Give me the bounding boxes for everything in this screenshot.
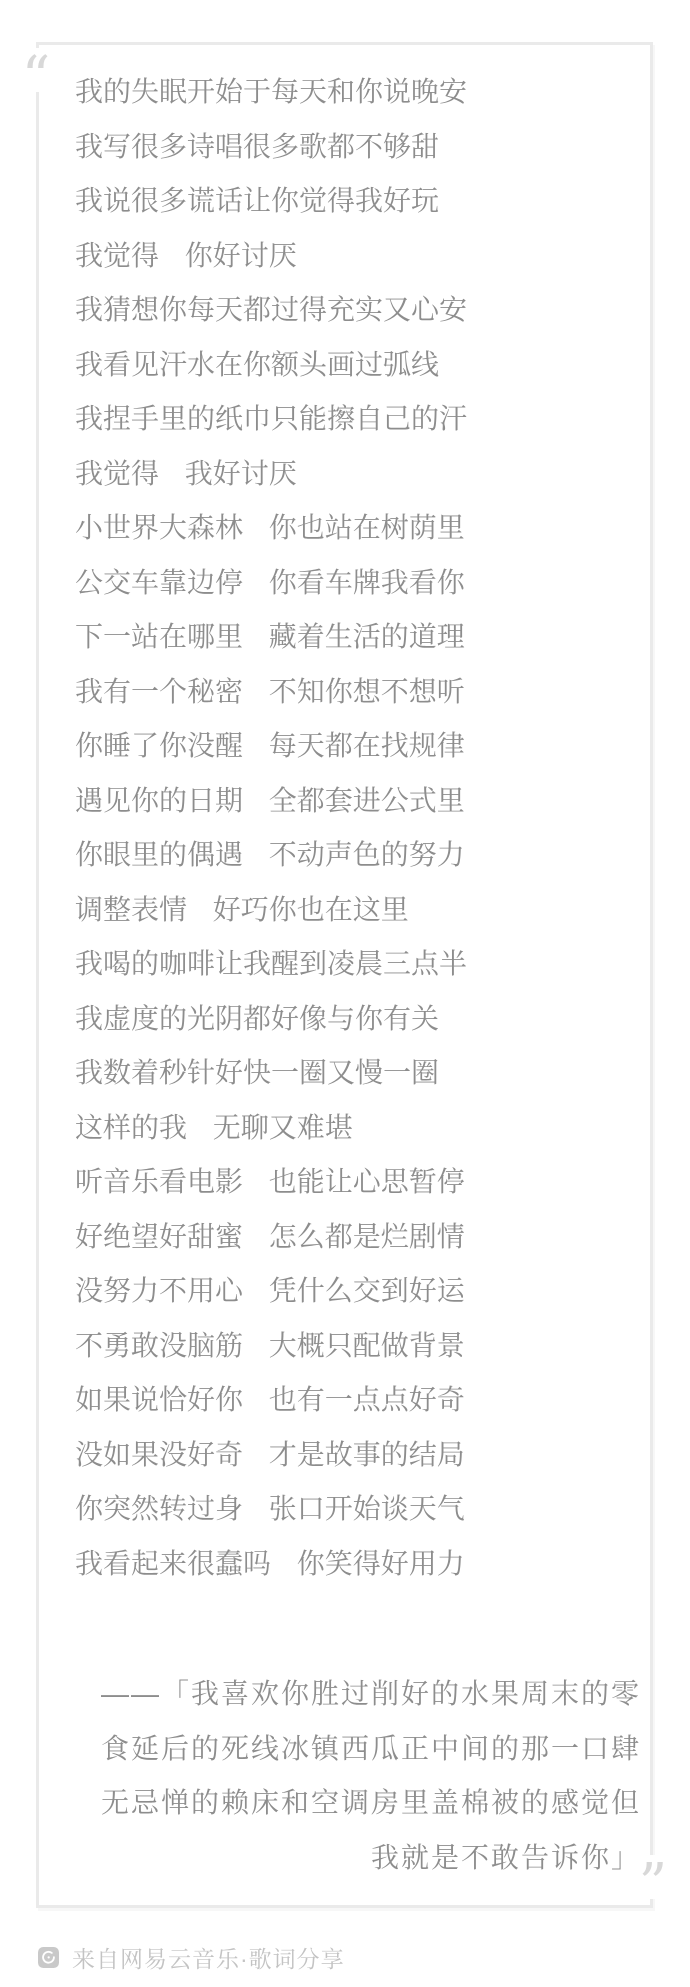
lyric-line: 调整表情 好巧你也在这里 — [75, 883, 650, 938]
lyric-line: 我的失眠开始于每天和你说晚安 — [75, 65, 650, 120]
lyric-line: 你眼里的偶遇 不动声色的努力 — [75, 828, 650, 883]
lyric-line: 你睡了你没醒 每天都在找规律 — [75, 719, 650, 774]
netease-cloud-music-logo-icon — [38, 1947, 59, 1968]
lyric-line: 没努力不用心 凭什么交到好运 — [75, 1264, 650, 1319]
lyric-line: 遇见你的日期 全都套进公式里 — [75, 774, 650, 829]
lyric-line: 公交车靠边停 你看车牌我看你 — [75, 556, 650, 611]
lyric-line: 我觉得 你好讨厌 — [75, 229, 650, 284]
close-quote-icon: ” — [633, 1855, 673, 1899]
ending-quote-line: 食延后的死线冰镇西瓜正中间的那一口肆 — [39, 1722, 641, 1777]
lyric-line: 我喝的咖啡让我醒到凌晨三点半 — [75, 937, 650, 992]
source-label: 来自网易云音乐·歌词分享 — [72, 1941, 345, 1974]
lyric-line: 我有一个秘密 不知你想不想听 — [75, 665, 650, 720]
lyric-line: 不勇敢没脑筋 大概只配做背景 — [75, 1319, 650, 1374]
ending-quote-line: 无忌惮的赖床和空调房里盖棉被的感觉但 — [39, 1776, 641, 1831]
lyric-line: 小世界大森林 你也站在树荫里 — [75, 501, 650, 556]
lyric-line: 我看起来很蠢吗 你笑得好用力 — [75, 1537, 650, 1592]
lyric-line: 你突然转过身 张口开始谈天气 — [75, 1482, 650, 1537]
ending-quote-line: ——「我喜欢你胜过削好的水果周末的零 — [39, 1667, 641, 1722]
open-quote-icon: “ — [16, 48, 56, 92]
lyrics-card: “ 我的失眠开始于每天和你说晚安我写很多诗唱很多歌都不够甜我说很多谎话让你觉得我… — [36, 42, 653, 1908]
lyric-line: 如果说恰好你 也有一点点好奇 — [75, 1373, 650, 1428]
lyric-line: 我觉得 我好讨厌 — [75, 447, 650, 502]
lyric-line: 这样的我 无聊又难堪 — [75, 1101, 650, 1156]
lyrics-list: 我的失眠开始于每天和你说晚安我写很多诗唱很多歌都不够甜我说很多谎话让你觉得我好玩… — [39, 45, 650, 1591]
lyric-line: 我看见汗水在你额头画过弧线 — [75, 338, 650, 393]
lyric-line: 我说很多谎话让你觉得我好玩 — [75, 174, 650, 229]
lyric-line: 我写很多诗唱很多歌都不够甜 — [75, 120, 650, 175]
lyric-line: 我猜想你每天都过得充实又心安 — [75, 283, 650, 338]
lyric-line: 下一站在哪里 藏着生活的道理 — [75, 610, 650, 665]
lyric-line: 听音乐看电影 也能让心思暂停 — [75, 1155, 650, 1210]
lyric-line: 没如果没好奇 才是故事的结局 — [75, 1428, 650, 1483]
footer: 来自网易云音乐·歌词分享 — [38, 1941, 345, 1974]
lyric-line: 好绝望好甜蜜 怎么都是烂剧情 — [75, 1210, 650, 1265]
lyric-line: 我捏手里的纸巾只能擦自己的汗 — [75, 392, 650, 447]
ending-quote-block: ——「我喜欢你胜过削好的水果周末的零食延后的死线冰镇西瓜正中间的那一口肆无忌惮的… — [39, 1667, 650, 1885]
lyric-line: 我数着秒针好快一圈又慢一圈 — [75, 1046, 650, 1101]
ending-quote-line: 我就是不敢告诉你」 — [39, 1831, 641, 1886]
lyric-line: 我虚度的光阴都好像与你有关 — [75, 992, 650, 1047]
